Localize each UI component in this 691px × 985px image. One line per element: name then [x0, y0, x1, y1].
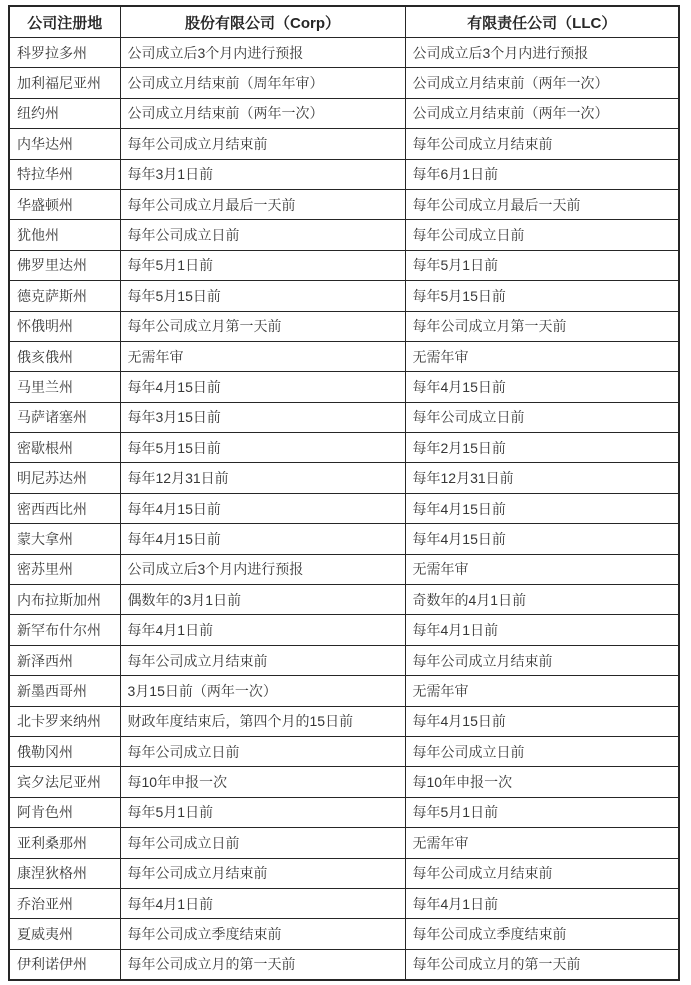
table-row: 马里兰州每年4月15日前每年4月15日前	[9, 372, 679, 402]
table-row: 宾夕法尼亚州每10年申报一次每10年申报一次	[9, 767, 679, 797]
state-cell: 内华达州	[9, 129, 120, 159]
state-cell: 佛罗里达州	[9, 250, 120, 280]
llc-deadline-cell: 公司成立月结束前（两年一次）	[405, 98, 679, 128]
corp-deadline-cell: 每年5月15日前	[120, 433, 405, 463]
state-cell: 科罗拉多州	[9, 38, 120, 68]
table-row: 德克萨斯州每年5月15日前每年5月15日前	[9, 281, 679, 311]
corp-deadline-cell: 每年5月15日前	[120, 281, 405, 311]
state-cell: 马萨诸塞州	[9, 402, 120, 432]
corp-deadline-cell: 每年4月15日前	[120, 524, 405, 554]
state-cell: 华盛顿州	[9, 189, 120, 219]
table-row: 加利福尼亚州公司成立月结束前（周年年审）公司成立月结束前（两年一次）	[9, 68, 679, 98]
table-row: 俄亥俄州无需年审无需年审	[9, 341, 679, 371]
state-cell: 密西西比州	[9, 493, 120, 523]
llc-deadline-cell: 无需年审	[405, 828, 679, 858]
table-row: 俄勒冈州每年公司成立日前每年公司成立日前	[9, 736, 679, 766]
corp-deadline-cell: 每年12月31日前	[120, 463, 405, 493]
state-cell: 夏威夷州	[9, 919, 120, 949]
corp-deadline-cell: 每年公司成立月结束前	[120, 858, 405, 888]
corp-deadline-cell: 每年5月1日前	[120, 250, 405, 280]
state-cell: 北卡罗来纳州	[9, 706, 120, 736]
corp-deadline-cell: 每10年申报一次	[120, 767, 405, 797]
corp-deadline-cell: 每年4月15日前	[120, 493, 405, 523]
table-row: 新罕布什尔州每年4月1日前每年4月1日前	[9, 615, 679, 645]
llc-deadline-cell: 每10年申报一次	[405, 767, 679, 797]
llc-deadline-cell: 每年6月1日前	[405, 159, 679, 189]
llc-deadline-cell: 公司成立月结束前（两年一次）	[405, 68, 679, 98]
table-row: 伊利诺伊州每年公司成立月的第一天前每年公司成立月的第一天前	[9, 949, 679, 980]
state-cell: 新墨西哥州	[9, 676, 120, 706]
table-row: 乔治亚州每年4月1日前每年4月1日前	[9, 888, 679, 918]
corp-deadline-cell: 公司成立后3个月内进行预报	[120, 554, 405, 584]
table-row: 怀俄明州每年公司成立月第一天前每年公司成立月第一天前	[9, 311, 679, 341]
page-body: 公司注册地 股份有限公司（Corp） 有限责任公司（LLC） 科罗拉多州公司成立…	[0, 0, 691, 981]
state-cell: 德克萨斯州	[9, 281, 120, 311]
corp-deadline-cell: 每年3月15日前	[120, 402, 405, 432]
state-cell: 犹他州	[9, 220, 120, 250]
table-row: 康涅狄格州每年公司成立月结束前每年公司成立月结束前	[9, 858, 679, 888]
llc-deadline-cell: 每年公司成立日前	[405, 402, 679, 432]
llc-deadline-cell: 无需年审	[405, 676, 679, 706]
state-cell: 怀俄明州	[9, 311, 120, 341]
corp-deadline-cell: 每年4月1日前	[120, 615, 405, 645]
corp-deadline-cell: 每年4月1日前	[120, 888, 405, 918]
llc-deadline-cell: 每年12月31日前	[405, 463, 679, 493]
state-cell: 密歇根州	[9, 433, 120, 463]
state-cell: 俄勒冈州	[9, 736, 120, 766]
corp-deadline-cell: 每年3月1日前	[120, 159, 405, 189]
state-cell: 伊利诺伊州	[9, 949, 120, 980]
llc-deadline-cell: 每年公司成立月结束前	[405, 858, 679, 888]
state-cell: 加利福尼亚州	[9, 68, 120, 98]
llc-deadline-cell: 无需年审	[405, 341, 679, 371]
state-cell: 明尼苏达州	[9, 463, 120, 493]
table-row: 犹他州每年公司成立日前每年公司成立日前	[9, 220, 679, 250]
llc-deadline-cell: 每年5月1日前	[405, 250, 679, 280]
corp-deadline-cell: 每年公司成立月结束前	[120, 129, 405, 159]
state-cell: 新罕布什尔州	[9, 615, 120, 645]
table-row: 密歇根州每年5月15日前每年2月15日前	[9, 433, 679, 463]
table-row: 新墨西哥州3月15日前（两年一次）无需年审	[9, 676, 679, 706]
corp-deadline-cell: 每年公司成立季度结束前	[120, 919, 405, 949]
table-row: 新泽西州每年公司成立月结束前每年公司成立月结束前	[9, 645, 679, 675]
llc-deadline-cell: 每年公司成立日前	[405, 736, 679, 766]
table-row: 北卡罗来纳州财政年度结束后，第四个月的15日前每年4月15日前	[9, 706, 679, 736]
state-cell: 乔治亚州	[9, 888, 120, 918]
corp-deadline-cell: 每年公司成立日前	[120, 220, 405, 250]
state-cell: 新泽西州	[9, 645, 120, 675]
state-cell: 纽约州	[9, 98, 120, 128]
table-row: 马萨诸塞州每年3月15日前每年公司成立日前	[9, 402, 679, 432]
llc-deadline-cell: 无需年审	[405, 554, 679, 584]
state-cell: 康涅狄格州	[9, 858, 120, 888]
table-row: 佛罗里达州每年5月1日前每年5月1日前	[9, 250, 679, 280]
table-row: 明尼苏达州每年12月31日前每年12月31日前	[9, 463, 679, 493]
corp-deadline-cell: 公司成立月结束前（周年年审）	[120, 68, 405, 98]
corp-deadline-cell: 每年公司成立日前	[120, 828, 405, 858]
llc-deadline-cell: 每年公司成立月的第一天前	[405, 949, 679, 980]
corp-deadline-cell: 无需年审	[120, 341, 405, 371]
state-cell: 特拉华州	[9, 159, 120, 189]
corp-deadline-cell: 3月15日前（两年一次）	[120, 676, 405, 706]
table-row: 纽约州公司成立月结束前（两年一次）公司成立月结束前（两年一次）	[9, 98, 679, 128]
llc-deadline-cell: 每年2月15日前	[405, 433, 679, 463]
table-row: 蒙大拿州每年4月15日前每年4月15日前	[9, 524, 679, 554]
corp-deadline-cell: 每年公司成立月第一天前	[120, 311, 405, 341]
corp-deadline-cell: 每年公司成立月最后一天前	[120, 189, 405, 219]
llc-deadline-cell: 每年公司成立月最后一天前	[405, 189, 679, 219]
table-row: 内布拉斯加州偶数年的3月1日前奇数年的4月1日前	[9, 585, 679, 615]
table-row: 夏威夷州每年公司成立季度结束前每年公司成立季度结束前	[9, 919, 679, 949]
table-row: 特拉华州每年3月1日前每年6月1日前	[9, 159, 679, 189]
llc-deadline-cell: 每年公司成立月结束前	[405, 129, 679, 159]
state-cell: 宾夕法尼亚州	[9, 767, 120, 797]
table-row: 内华达州每年公司成立月结束前每年公司成立月结束前	[9, 129, 679, 159]
column-header-llc: 有限责任公司（LLC）	[405, 6, 679, 38]
corp-deadline-cell: 每年公司成立日前	[120, 736, 405, 766]
corp-deadline-cell: 公司成立月结束前（两年一次）	[120, 98, 405, 128]
table-row: 科罗拉多州公司成立后3个月内进行预报公司成立后3个月内进行预报	[9, 38, 679, 68]
annual-report-deadline-table: 公司注册地 股份有限公司（Corp） 有限责任公司（LLC） 科罗拉多州公司成立…	[8, 5, 680, 981]
llc-deadline-cell: 奇数年的4月1日前	[405, 585, 679, 615]
llc-deadline-cell: 每年4月1日前	[405, 888, 679, 918]
llc-deadline-cell: 每年4月1日前	[405, 615, 679, 645]
corp-deadline-cell: 公司成立后3个月内进行预报	[120, 38, 405, 68]
state-cell: 密苏里州	[9, 554, 120, 584]
llc-deadline-cell: 每年4月15日前	[405, 493, 679, 523]
corp-deadline-cell: 财政年度结束后，第四个月的15日前	[120, 706, 405, 736]
state-cell: 内布拉斯加州	[9, 585, 120, 615]
table-row: 亚利桑那州每年公司成立日前无需年审	[9, 828, 679, 858]
llc-deadline-cell: 每年4月15日前	[405, 372, 679, 402]
corp-deadline-cell: 偶数年的3月1日前	[120, 585, 405, 615]
state-cell: 亚利桑那州	[9, 828, 120, 858]
corp-deadline-cell: 每年4月15日前	[120, 372, 405, 402]
table-row: 阿肯色州每年5月1日前每年5月1日前	[9, 797, 679, 827]
llc-deadline-cell: 每年5月1日前	[405, 797, 679, 827]
table-row: 密西西比州每年4月15日前每年4月15日前	[9, 493, 679, 523]
llc-deadline-cell: 公司成立后3个月内进行预报	[405, 38, 679, 68]
llc-deadline-cell: 每年4月15日前	[405, 524, 679, 554]
llc-deadline-cell: 每年公司成立季度结束前	[405, 919, 679, 949]
state-cell: 蒙大拿州	[9, 524, 120, 554]
llc-deadline-cell: 每年公司成立日前	[405, 220, 679, 250]
state-cell: 俄亥俄州	[9, 341, 120, 371]
llc-deadline-cell: 每年4月15日前	[405, 706, 679, 736]
state-cell: 阿肯色州	[9, 797, 120, 827]
corp-deadline-cell: 每年5月1日前	[120, 797, 405, 827]
state-cell: 马里兰州	[9, 372, 120, 402]
table-row: 密苏里州公司成立后3个月内进行预报无需年审	[9, 554, 679, 584]
corp-deadline-cell: 每年公司成立月结束前	[120, 645, 405, 675]
llc-deadline-cell: 每年5月15日前	[405, 281, 679, 311]
corp-deadline-cell: 每年公司成立月的第一天前	[120, 949, 405, 980]
table-row: 华盛顿州每年公司成立月最后一天前每年公司成立月最后一天前	[9, 189, 679, 219]
llc-deadline-cell: 每年公司成立月结束前	[405, 645, 679, 675]
header-row: 公司注册地 股份有限公司（Corp） 有限责任公司（LLC）	[9, 6, 679, 38]
column-header-state: 公司注册地	[9, 6, 120, 38]
column-header-corp: 股份有限公司（Corp）	[120, 6, 405, 38]
table-body: 科罗拉多州公司成立后3个月内进行预报公司成立后3个月内进行预报加利福尼亚州公司成…	[9, 38, 679, 981]
llc-deadline-cell: 每年公司成立月第一天前	[405, 311, 679, 341]
